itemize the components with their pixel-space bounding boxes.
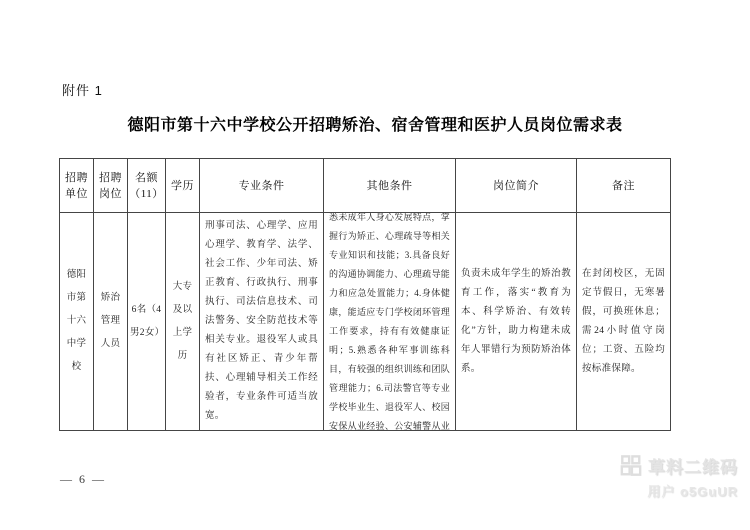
watermark-brand: 草料二维码 [648,453,738,478]
education-value: 大专及以上学历 [166,276,199,368]
cell-position: 矫治管理人员 [94,213,128,431]
attachment-label: 附件 1 [62,80,103,99]
other-requirements-value: 1.年龄在35周岁及以下；2.熟悉未成年人身心发展特点，掌握行为矫正、心理疏导等… [324,213,455,431]
cell-major-requirements: 刑事司法、心理学、应用心理学、教育学、法学、社会工作、少年司法、矫正教育、行政执… [200,213,324,431]
recruitment-table: 招聘 单位 招聘 岗位 名额 （11） 学历 专业条件 其他条件 岗位简介 备注… [59,158,671,431]
qr-code-icon [620,455,642,477]
position-value: 矫治管理人员 [94,287,127,356]
quota-value: 6名（4男2女） [128,299,165,345]
column-header-remarks: 备注 [577,159,671,213]
cell-other-requirements: 1.年龄在35周岁及以下；2.熟悉未成年人身心发展特点，掌握行为矫正、心理疏导等… [324,213,456,431]
job-intro-value: 负责未成年学生的矫治教育工作，落实“教育为本、科学矫治、有效转化”方针，助力构建… [456,265,576,379]
column-header-education: 学历 [166,159,200,213]
column-header-job-intro: 岗位简介 [456,159,577,213]
column-header-quota: 名额 （11） [128,159,166,213]
column-header-employer: 招聘 单位 [60,159,94,213]
watermark: 草料二维码 用户 o5GuUR [620,453,738,500]
cell-employer: 德阳市第十六中学校 [60,213,94,431]
column-header-major-requirements: 专业条件 [200,159,324,213]
column-header-other-requirements: 其他条件 [324,159,456,213]
employer-value: 德阳市第十六中学校 [60,264,93,379]
major-requirements-value: 刑事司法、心理学、应用心理学、教育学、法学、社会工作、少年司法、矫正教育、行政执… [200,217,323,426]
column-header-position: 招聘 岗位 [94,159,128,213]
cell-remarks: 在封闭校区，无固定节假日，无寒暑假，可换班休息；需24小时值守岗位；工资、五险均… [577,213,671,431]
cell-quota: 6名（4男2女） [128,213,166,431]
remarks-value: 在封闭校区，无固定节假日，无寒暑假，可换班休息；需24小时值守岗位；工资、五险均… [577,265,670,379]
cell-education: 大专及以上学历 [166,213,200,431]
cell-job-intro: 负责未成年学生的矫治教育工作，落实“教育为本、科学矫治、有效转化”方针，助力构建… [456,213,577,431]
page-number: — 6 — [60,472,106,487]
page-title: 德阳市第十六中学校公开招聘矫治、宿舍管理和医护人员岗位需求表 [0,112,750,135]
watermark-user: 用户 o5GuUR [620,481,738,500]
